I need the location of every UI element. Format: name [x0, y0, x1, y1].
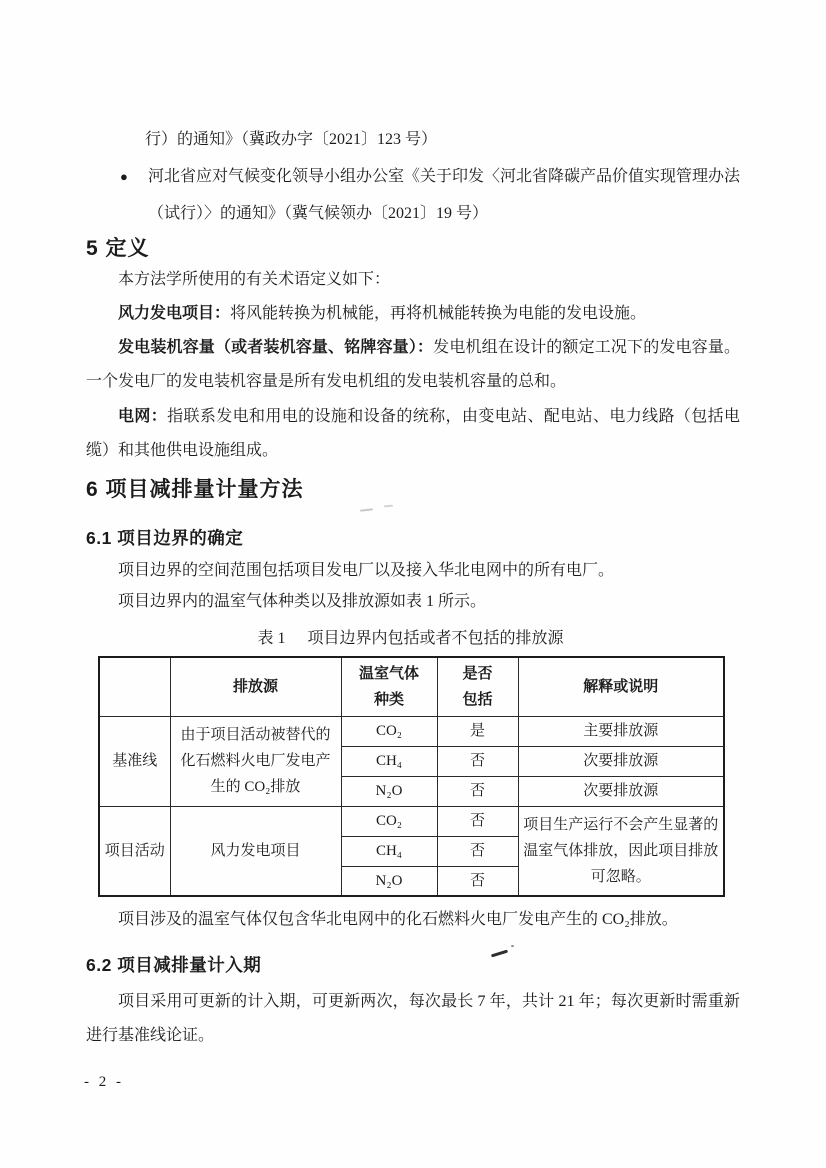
table-1-caption: 表 1项目边界内包括或者不包括的排放源: [98, 626, 723, 652]
gas-cell: CO₂: [341, 716, 437, 746]
header-included-line2: 包括: [442, 687, 514, 713]
explanation-cell: 次要排放源: [518, 776, 724, 806]
header-gas-line2: 种类: [346, 687, 433, 713]
definition-text: 指联系发电和用电的设施和设备的统称，由变电站、配电站、电力线路（包括电缆）和其他…: [86, 408, 740, 459]
header-gas: 温室气体 种类: [341, 657, 437, 716]
emission-sources-table: 排放源 温室气体 种类 是否 包括 解释或说明 基准线 由于项目活动被替代的化石…: [98, 656, 725, 897]
section-5-intro: 本方法学所使用的有关术语定义如下：: [86, 263, 740, 297]
pen-mark-dot: [511, 945, 514, 947]
table-row: 项目活动 风力发电项目 CO₂ 否 项目生产运行不会产生显著的温室气体排放，因此…: [99, 806, 724, 836]
group-label-project-activity: 项目活动: [99, 806, 170, 896]
included-cell: 否: [437, 746, 518, 776]
section-6-1-paragraph-1: 项目边界的空间范围包括项目发电厂以及接入华北电网中的所有电厂。: [86, 554, 740, 588]
header-source: 排放源: [170, 657, 341, 716]
project-explanation-cell: 项目生产运行不会产生显著的温室气体排放，因此项目排放可忽略。: [518, 806, 724, 896]
included-cell: 否: [437, 776, 518, 806]
table-caption-label: 表 1: [257, 630, 285, 647]
table-header-row: 排放源 温室气体 种类 是否 包括 解释或说明: [99, 657, 724, 716]
gas-cell: N₂O: [341, 776, 437, 806]
project-source-cell: 风力发电项目: [170, 806, 341, 896]
document-page: 行）的通知》（冀政办字〔2021〕123 号） ● 河北省应对气候变化领导小组办…: [0, 0, 826, 1168]
reference-item-text: 河北省应对气候变化领导小组办公室《关于印发〈河北省降碳产品价值实现管理办法（试行…: [148, 158, 740, 232]
section-6-2-paragraph-1: 项目采用可更新的计入期，可更新两次，每次最长 7 年，共计 21 年；每次更新时…: [86, 985, 740, 1053]
table-row: 基准线 由于项目活动被替代的化石燃料火电厂发电产生的 CO₂排放 CO₂ 是 主…: [99, 716, 724, 746]
section-6-1-heading: 6.1 项目边界的确定: [86, 528, 243, 548]
section-6-heading: 6 项目减排量计量方法: [86, 478, 304, 502]
pen-mark: [491, 950, 508, 958]
header-included: 是否 包括: [437, 657, 518, 716]
header-group: [99, 657, 170, 716]
definition-grid: 电网：指联系发电和用电的设施和设备的统称，由变电站、配电站、电力线路（包括电缆）…: [86, 400, 740, 468]
baseline-source-cell: 由于项目活动被替代的化石燃料火电厂发电产生的 CO₂排放: [170, 716, 341, 806]
section-6-2-heading: 6.2 项目减排量计入期: [86, 955, 261, 975]
ink-smudge: [360, 508, 373, 512]
header-explanation: 解释或说明: [518, 657, 724, 716]
bullet-icon: ●: [120, 158, 148, 232]
definition-term: 电网：: [118, 408, 167, 425]
definition-wind-power: 风力发电项目：将风能转换为机械能，再将机械能转换为电能的发电设施。: [86, 297, 740, 331]
header-included-line1: 是否: [442, 661, 514, 687]
included-cell: 是: [437, 716, 518, 746]
definition-term: 发电装机容量（或者装机容量、铭牌容量）：: [118, 339, 433, 356]
definition-text: 将风能转换为机械能，再将机械能转换为电能的发电设施。: [230, 305, 646, 322]
group-label-baseline: 基准线: [99, 716, 170, 806]
header-gas-line1: 温室气体: [346, 661, 433, 687]
gas-cell: CH₄: [341, 746, 437, 776]
reference-continuation-line: 行）的通知》（冀政办字〔2021〕123 号）: [145, 123, 705, 157]
included-cell: 否: [437, 806, 518, 836]
table-note-paragraph: 项目涉及的温室气体仅包含华北电网中的化石燃料火电厂发电产生的 CO₂排放。: [86, 903, 740, 937]
explanation-cell: 主要排放源: [518, 716, 724, 746]
included-cell: 否: [437, 866, 518, 896]
section-5-heading: 5 定义: [86, 237, 150, 261]
gas-cell: CO₂: [341, 806, 437, 836]
ink-smudge: [384, 505, 393, 508]
reference-list-item: ● 河北省应对气候变化领导小组办公室《关于印发〈河北省降碳产品价值实现管理办法（…: [120, 158, 742, 232]
definition-installed-capacity: 发电装机容量（或者装机容量、铭牌容量）：发电机组在设计的额定工况下的发电容量。一…: [86, 331, 740, 399]
gas-cell: N₂O: [341, 866, 437, 896]
explanation-cell: 次要排放源: [518, 746, 724, 776]
page-number: - 2 -: [84, 1074, 124, 1091]
included-cell: 否: [437, 836, 518, 866]
section-6-1-paragraph-2: 项目边界内的温室气体种类以及排放源如表 1 所示。: [86, 585, 740, 619]
definition-term: 风力发电项目：: [118, 305, 230, 322]
table-caption-title: 项目边界内包括或者不包括的排放源: [308, 630, 564, 647]
gas-cell: CH₄: [341, 836, 437, 866]
